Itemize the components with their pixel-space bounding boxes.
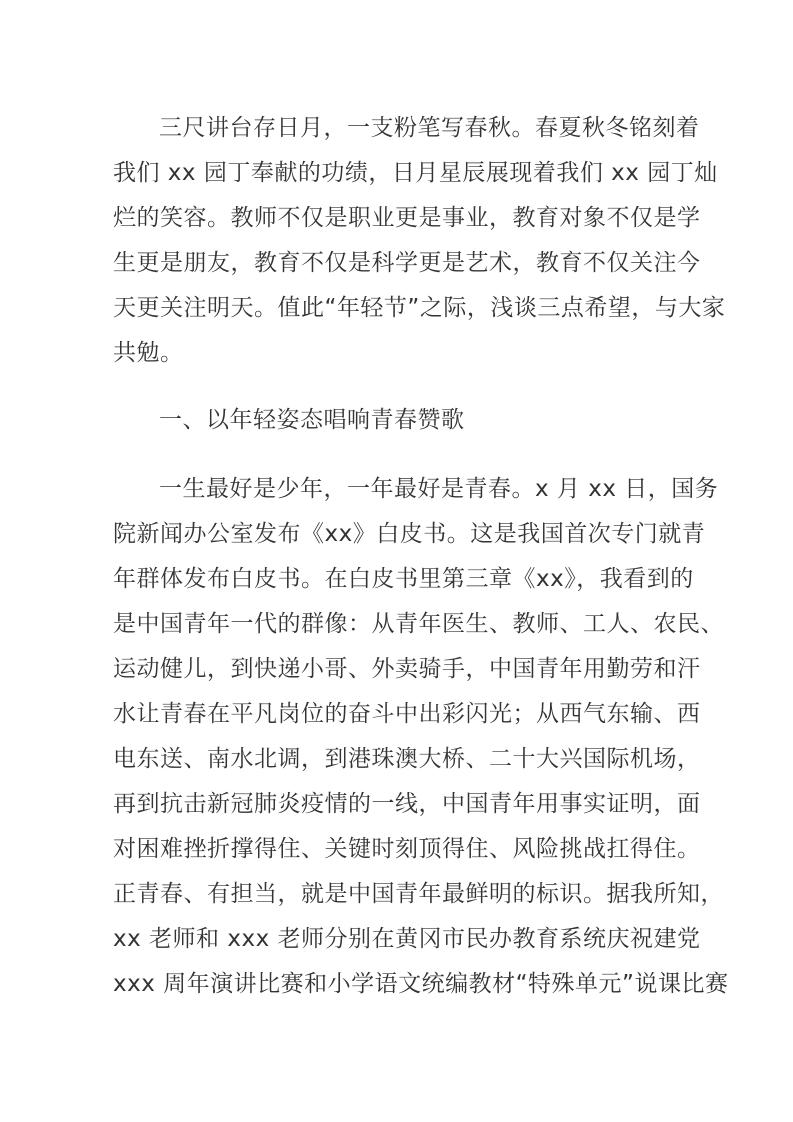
text-line: 一生最好是少年，一年最好是青春。x 月 xx 日，国务 (113, 467, 683, 512)
text-line: 水让青春在平凡岗位的奋斗中出彩闪光；从西气东输、西 (113, 692, 683, 737)
text-line: 三尺讲台存日月，一支粉笔写春秋。春夏秋冬铭刻着 (113, 106, 683, 151)
text-line: 院新闻办公室发布《xx》白皮书。这是我国首次专门就青 (113, 512, 683, 557)
text-line: 运动健儿，到快递小哥、外卖骑手，中国青年用勤劳和汗 (113, 647, 683, 692)
text-line: 年群体发布白皮书。在白皮书里第三章《xx》，我看到的 (113, 557, 683, 602)
text-line: 我们 xx 园丁奉献的功绩，日月星辰展现着我们 xx 园丁灿 (113, 151, 683, 196)
section-heading-1: 一、以年轻姿态唱响青春赞歌 (113, 398, 683, 443)
paragraph-section-1-body: 一生最好是少年，一年最好是青春。x 月 xx 日，国务 院新闻办公室发布《xx》… (113, 467, 683, 1007)
text-line: 再到抗击新冠肺炎疫情的一线，中国青年用事实证明，面 (113, 782, 683, 827)
document-page: 三尺讲台存日月，一支粉笔写春秋。春夏秋冬铭刻着 我们 xx 园丁奉献的功绩，日月… (0, 0, 793, 1122)
text-line: 电东送、南水北调，到港珠澳大桥、二十大兴国际机场， (113, 737, 683, 782)
text-line: 对困难挫折撑得住、关键时刻顶得住、风险挑战扛得住。 (113, 827, 683, 872)
paragraph-intro: 三尺讲台存日月，一支粉笔写春秋。春夏秋冬铭刻着 我们 xx 园丁奉献的功绩，日月… (113, 106, 683, 376)
heading-line: 一、以年轻姿态唱响青春赞歌 (113, 398, 683, 443)
text-line: 天更关注明天。值此“年轻节”之际，浅谈三点希望，与大家 (113, 286, 683, 331)
text-line: xx 老师和 xxx 老师分别在黄冈市民办教育系统庆祝建党 (113, 917, 683, 962)
text-line: 生更是朋友，教育不仅是科学更是艺术，教育不仅关注今 (113, 241, 683, 286)
text-line: 正青春、有担当，就是中国青年最鲜明的标识。据我所知， (113, 872, 683, 917)
text-line: 共勉。 (113, 331, 683, 376)
text-line: 是中国青年一代的群像：从青年医生、教师、工人、农民、 (113, 602, 683, 647)
text-line: xxx 周年演讲比赛和小学语文统编教材“特殊单元”说课比赛 (113, 962, 683, 1007)
text-line: 烂的笑容。教师不仅是职业更是事业，教育对象不仅是学 (113, 196, 683, 241)
